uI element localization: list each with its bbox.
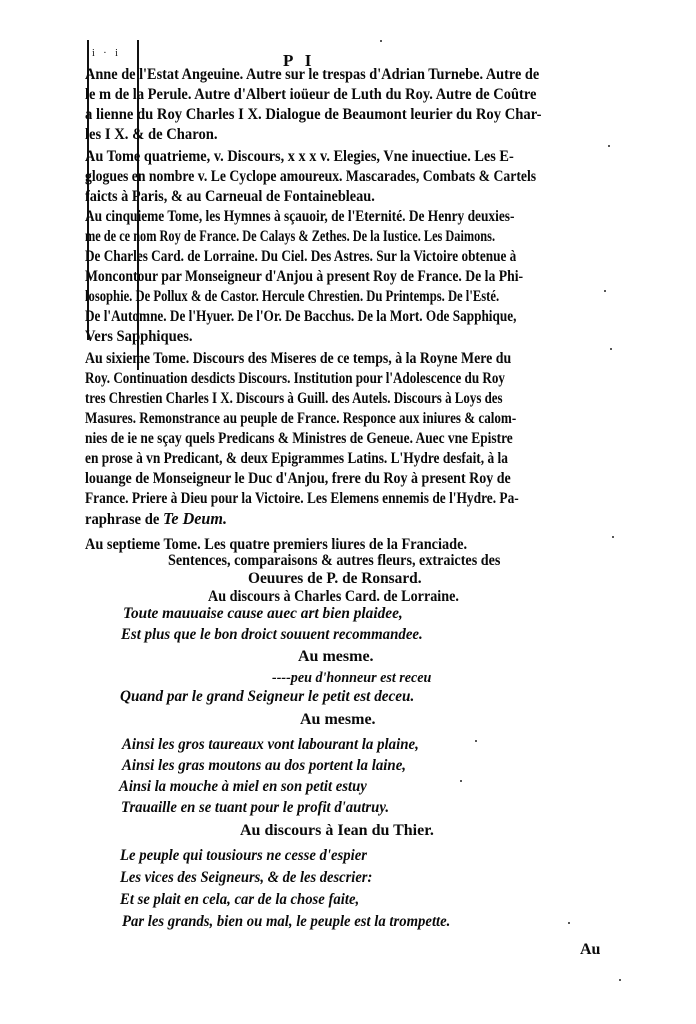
scan-speck	[610, 348, 612, 350]
contents-line: Vers Sapphiques.	[85, 328, 193, 346]
contents-line: faicts à Paris, & au Carneual de Fontain…	[85, 188, 375, 206]
scan-speck	[619, 979, 621, 981]
contents-line: Anne de l'Estat Angeuine. Autre sur le t…	[85, 66, 539, 84]
scan-speck	[568, 922, 570, 924]
contents-line: tres Chrestien Charles I X. Discours à G…	[85, 390, 503, 408]
sentences-heading: Sentences, comparaisons & autres fleurs,…	[168, 552, 500, 570]
verse-line: Le peuple qui tousiours ne cesse d'espie…	[120, 846, 367, 866]
verse-line: Quand par le grand Seigneur le petit est…	[120, 687, 414, 707]
contents-line: en prose à vn Predicant, & deux Epigramm…	[85, 450, 508, 468]
scan-speck	[604, 290, 606, 292]
contents-line: glogues en nombre v. Le Cyclope amoureux…	[85, 168, 536, 186]
verse-line: ----peu d'honneur est receu	[272, 668, 431, 688]
contents-line: De Charles Card. de Lorraine. Du Ciel. D…	[85, 248, 516, 266]
catchword: Au	[580, 941, 600, 959]
verse-line: Les vices des Seigneurs, & de les descri…	[120, 868, 372, 888]
sentences-heading-author: Oeuures de P. de Ronsard.	[248, 570, 422, 588]
te-deum-title: Te Deum.	[163, 509, 227, 528]
contents-line: losophie. De Pollux & de Castor. Hercule…	[85, 288, 499, 306]
section-title: Au mesme.	[298, 648, 374, 666]
contents-line: Masures. Remonstrance au peuple de Franc…	[85, 410, 516, 428]
section-title: Au discours à Iean du Thier.	[240, 822, 434, 840]
contents-line: les I X. & de Charon.	[85, 126, 218, 144]
verse-line: Ainsi les gros taureaux vont labourant l…	[122, 735, 419, 755]
contents-line: Au cinquieme Tome, les Hymnes à sçauoir,…	[85, 208, 514, 226]
scan-speck	[460, 780, 462, 782]
contents-line-text: raphrase de	[85, 511, 159, 528]
contents-line: le m de la Perule. Autre d'Albert ioüeur…	[85, 86, 536, 104]
verse-line: Par les grands, bien ou mal, le peuple e…	[122, 912, 450, 932]
contents-line: nies de ie ne sçay quels Predicans & Min…	[85, 430, 513, 448]
scan-speck	[380, 40, 382, 42]
section-title: Au mesme.	[300, 711, 376, 729]
verse-line: Ainsi la mouche à miel en son petit estu…	[119, 777, 367, 797]
contents-line: De l'Automne. De l'Hyuer. De l'Or. De Ba…	[85, 308, 516, 326]
contents-line: raphrase de Te Deum.	[85, 510, 227, 529]
verse-line: Trauaille en se tuant pour le profit d'a…	[121, 798, 389, 818]
contents-line: Roy. Continuation desdicts Discours. Ins…	[85, 370, 505, 388]
contents-line: Au sixieme Tome. Discours des Miseres de…	[85, 350, 511, 368]
verse-line: Est plus que le bon droict souuent recom…	[121, 625, 423, 645]
scan-speck	[608, 145, 610, 147]
contents-line: France. Priere à Dieu pour la Victoire. …	[85, 490, 519, 508]
book-page: i · i P I Anne de l'Estat Angeuine. Autr…	[0, 0, 696, 1024]
contents-line: Moncontour par Monseigneur d'Anjou à pre…	[85, 268, 523, 286]
contents-line: Au Tome quatrieme, v. Discours, x x x v.…	[85, 148, 514, 166]
contents-line: a lienne du Roy Charles I X. Dialogue de…	[85, 106, 542, 124]
contents-line: louange de Monseigneur le Duc d'Anjou, f…	[85, 470, 511, 488]
verse-line: Ainsi les gras moutons au dos portent la…	[122, 756, 406, 776]
verse-line: Et se plait en cela, car de la chose fai…	[120, 890, 359, 910]
verse-line: Toute mauuaise cause auec art bien plaid…	[123, 604, 403, 624]
scan-speck	[612, 536, 614, 538]
corner-mark: i · i	[92, 48, 121, 59]
contents-line: me de ce nom Roy de France. De Calays & …	[85, 228, 495, 246]
scan-speck	[475, 740, 477, 742]
